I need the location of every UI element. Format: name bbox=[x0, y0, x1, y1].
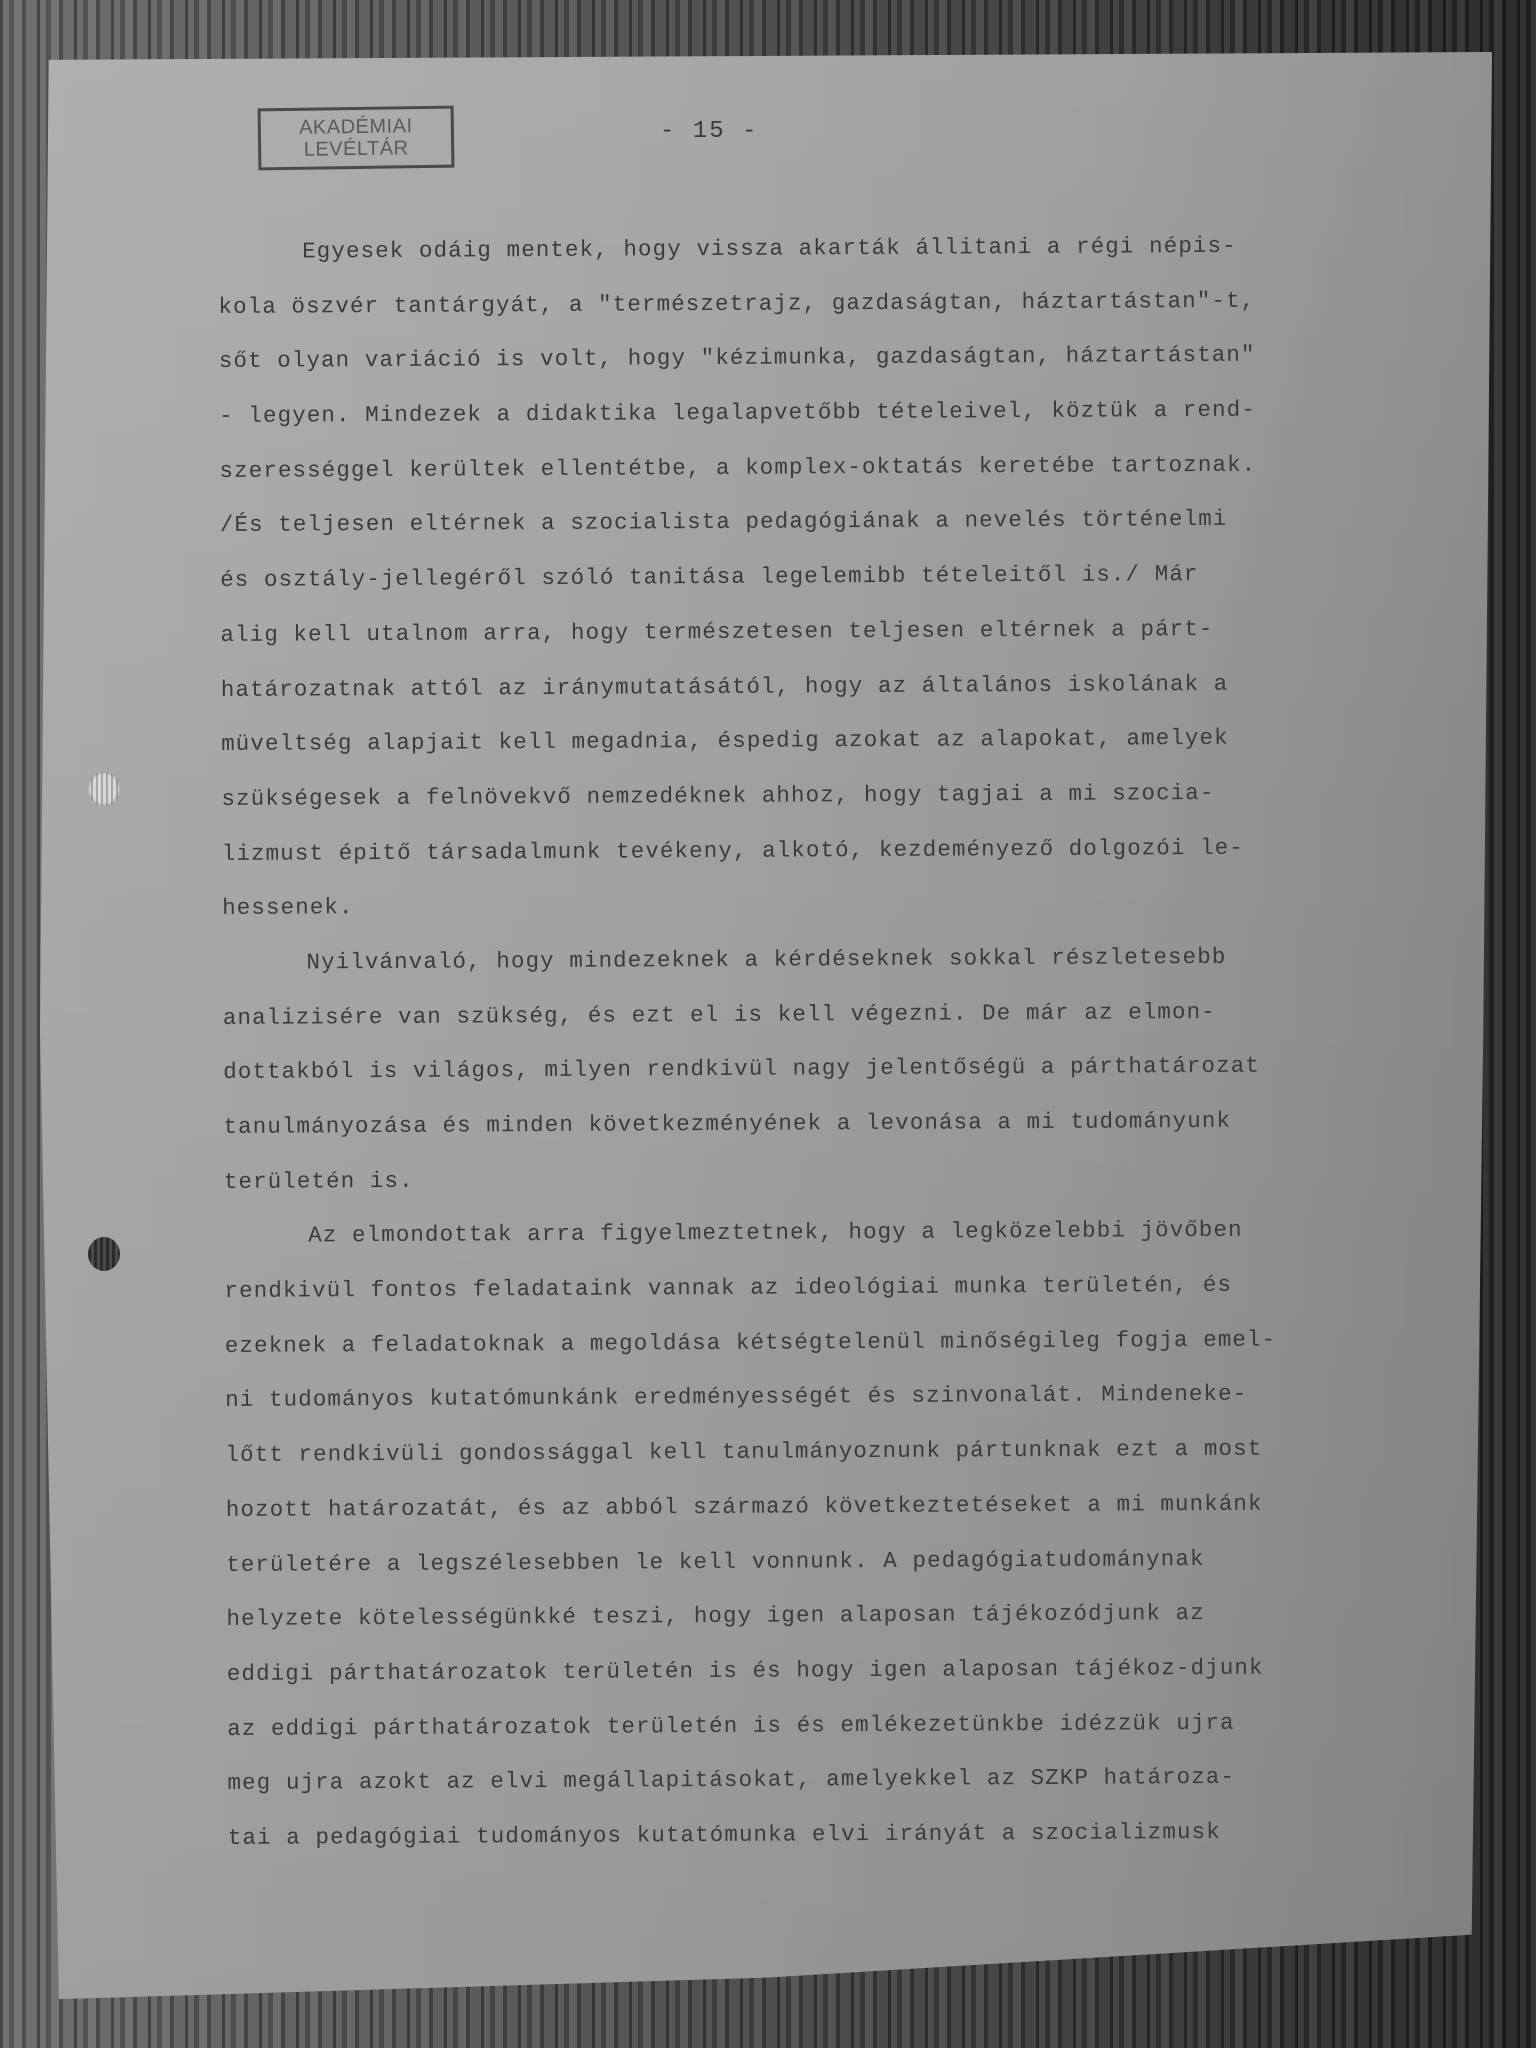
text-line: kola öszvér tantárgyát, a "természetrajz… bbox=[218, 272, 1418, 334]
text-line: és osztály-jellegéről szóló tanitása leg… bbox=[220, 546, 1420, 608]
stamp-line-1: AKADÉMIAI bbox=[299, 115, 413, 139]
text-line: sőt olyan variáció is volt, hogy "kézimu… bbox=[219, 327, 1419, 389]
text-line: - legyen. Mindezek a didaktika legalapve… bbox=[219, 382, 1419, 444]
text-line: területén is. bbox=[224, 1147, 1424, 1209]
page-number: - 15 - bbox=[660, 118, 758, 145]
typewritten-text-body: Egyesek odáig mentek, hogy vissza akartá… bbox=[218, 218, 1428, 1866]
text-line: /És teljesen eltérnek a szocialista peda… bbox=[220, 491, 1420, 553]
text-line: ni tudományos kutatómunkánk eredményessé… bbox=[225, 1366, 1425, 1428]
text-line: lőtt rendkivüli gondossággal kell tanulm… bbox=[225, 1421, 1425, 1483]
punch-hole bbox=[88, 772, 120, 806]
text-line: meg ujra azokt az elvi megállapitásokat,… bbox=[227, 1749, 1427, 1811]
text-line: tanulmányozása és minden következményéne… bbox=[223, 1093, 1423, 1155]
text-line: határozatnak attól az iránymutatásától, … bbox=[221, 655, 1421, 717]
text-line: helyzete kötelességünkké teszi, hogy ige… bbox=[226, 1585, 1426, 1647]
text-line: eddigi párthatározatok területén is és h… bbox=[227, 1640, 1427, 1702]
punch-hole bbox=[88, 1237, 120, 1271]
text-line: dottakból is világos, milyen rendkivül n… bbox=[223, 1038, 1423, 1100]
text-line: az eddigi párthatározatok területén is é… bbox=[227, 1694, 1427, 1756]
text-line: területére a legszélesebben le kell vonn… bbox=[226, 1530, 1426, 1592]
text-line: Egyesek odáig mentek, hogy vissza akartá… bbox=[218, 218, 1418, 280]
archive-stamp: AKADÉMIAI LEVÉLTÁR bbox=[258, 106, 455, 171]
text-line: alig kell utalnom arra, hogy természetes… bbox=[220, 600, 1420, 662]
text-line: hozott határozatát, és az abból származó… bbox=[226, 1475, 1426, 1537]
text-line: ezeknek a feladatoknak a megoldása kétsé… bbox=[225, 1311, 1425, 1373]
text-line: tai a pedagógiai tudományos kutatómunka … bbox=[228, 1804, 1428, 1866]
text-line: analizisére van szükség, és ezt el is ke… bbox=[223, 983, 1423, 1045]
text-line: Nyilvánvaló, hogy mindezeknek a kérdések… bbox=[222, 929, 1422, 991]
text-line: müveltség alapjait kell megadnia, éspedi… bbox=[221, 710, 1421, 772]
text-line: hessenek. bbox=[222, 874, 1422, 936]
text-line: szerességgel kerültek ellentétbe, a komp… bbox=[219, 436, 1419, 498]
text-line: szükségesek a felnövekvő nemzedéknek ahh… bbox=[221, 765, 1421, 827]
text-line: Az elmondottak arra figyelmeztetnek, hog… bbox=[224, 1202, 1424, 1264]
text-line: lizmust épitő társadalmunk tevékeny, alk… bbox=[222, 819, 1422, 881]
text-line: rendkivül fontos feladataink vannak az i… bbox=[224, 1257, 1424, 1319]
stamp-line-2: LEVÉLTÁR bbox=[304, 137, 409, 160]
